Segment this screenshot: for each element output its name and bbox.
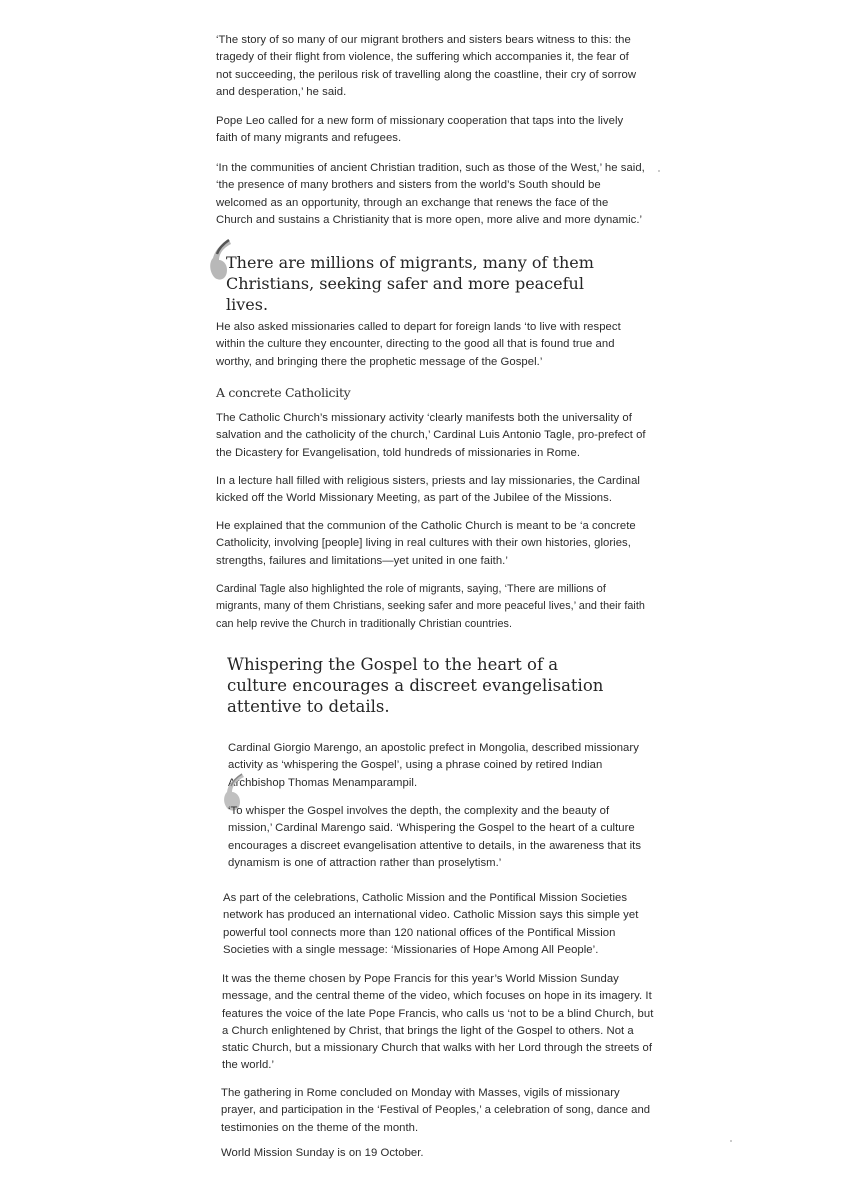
- pull-quote: There are millions of migrants, many of …: [226, 252, 626, 315]
- body-paragraph: Cardinal Tagle also highlighted the role…: [216, 581, 648, 633]
- body-paragraph: ‘In the communities of ancient Christian…: [216, 160, 648, 229]
- section-subheading: A concrete Catholicity: [216, 385, 350, 400]
- body-paragraph: Pope Leo called for a new form of missio…: [216, 113, 644, 148]
- scan-speck: [730, 1140, 732, 1142]
- body-paragraph: It was the theme chosen by Pope Francis …: [222, 971, 656, 1075]
- body-paragraph: As part of the celebrations, Catholic Mi…: [223, 890, 655, 959]
- body-paragraph: ‘To whisper the Gospel involves the dept…: [228, 803, 656, 872]
- body-paragraph: ‘The story of so many of our migrant bro…: [216, 32, 644, 101]
- body-paragraph: The gathering in Rome concluded on Monda…: [221, 1085, 653, 1137]
- body-paragraph: The Catholic Church’s missionary activit…: [216, 410, 648, 462]
- body-paragraph: Cardinal Giorgio Marengo, an apostolic p…: [228, 740, 652, 792]
- body-paragraph: He also asked missionaries called to dep…: [216, 319, 644, 371]
- body-paragraph: He explained that the communion of the C…: [216, 518, 652, 570]
- scan-speck: [658, 170, 660, 172]
- body-paragraph: In a lecture hall filled with religious …: [216, 473, 648, 508]
- pull-quote: Whispering the Gospel to the heart of a …: [227, 654, 607, 717]
- body-paragraph: World Mission Sunday is on 19 October.: [221, 1145, 653, 1162]
